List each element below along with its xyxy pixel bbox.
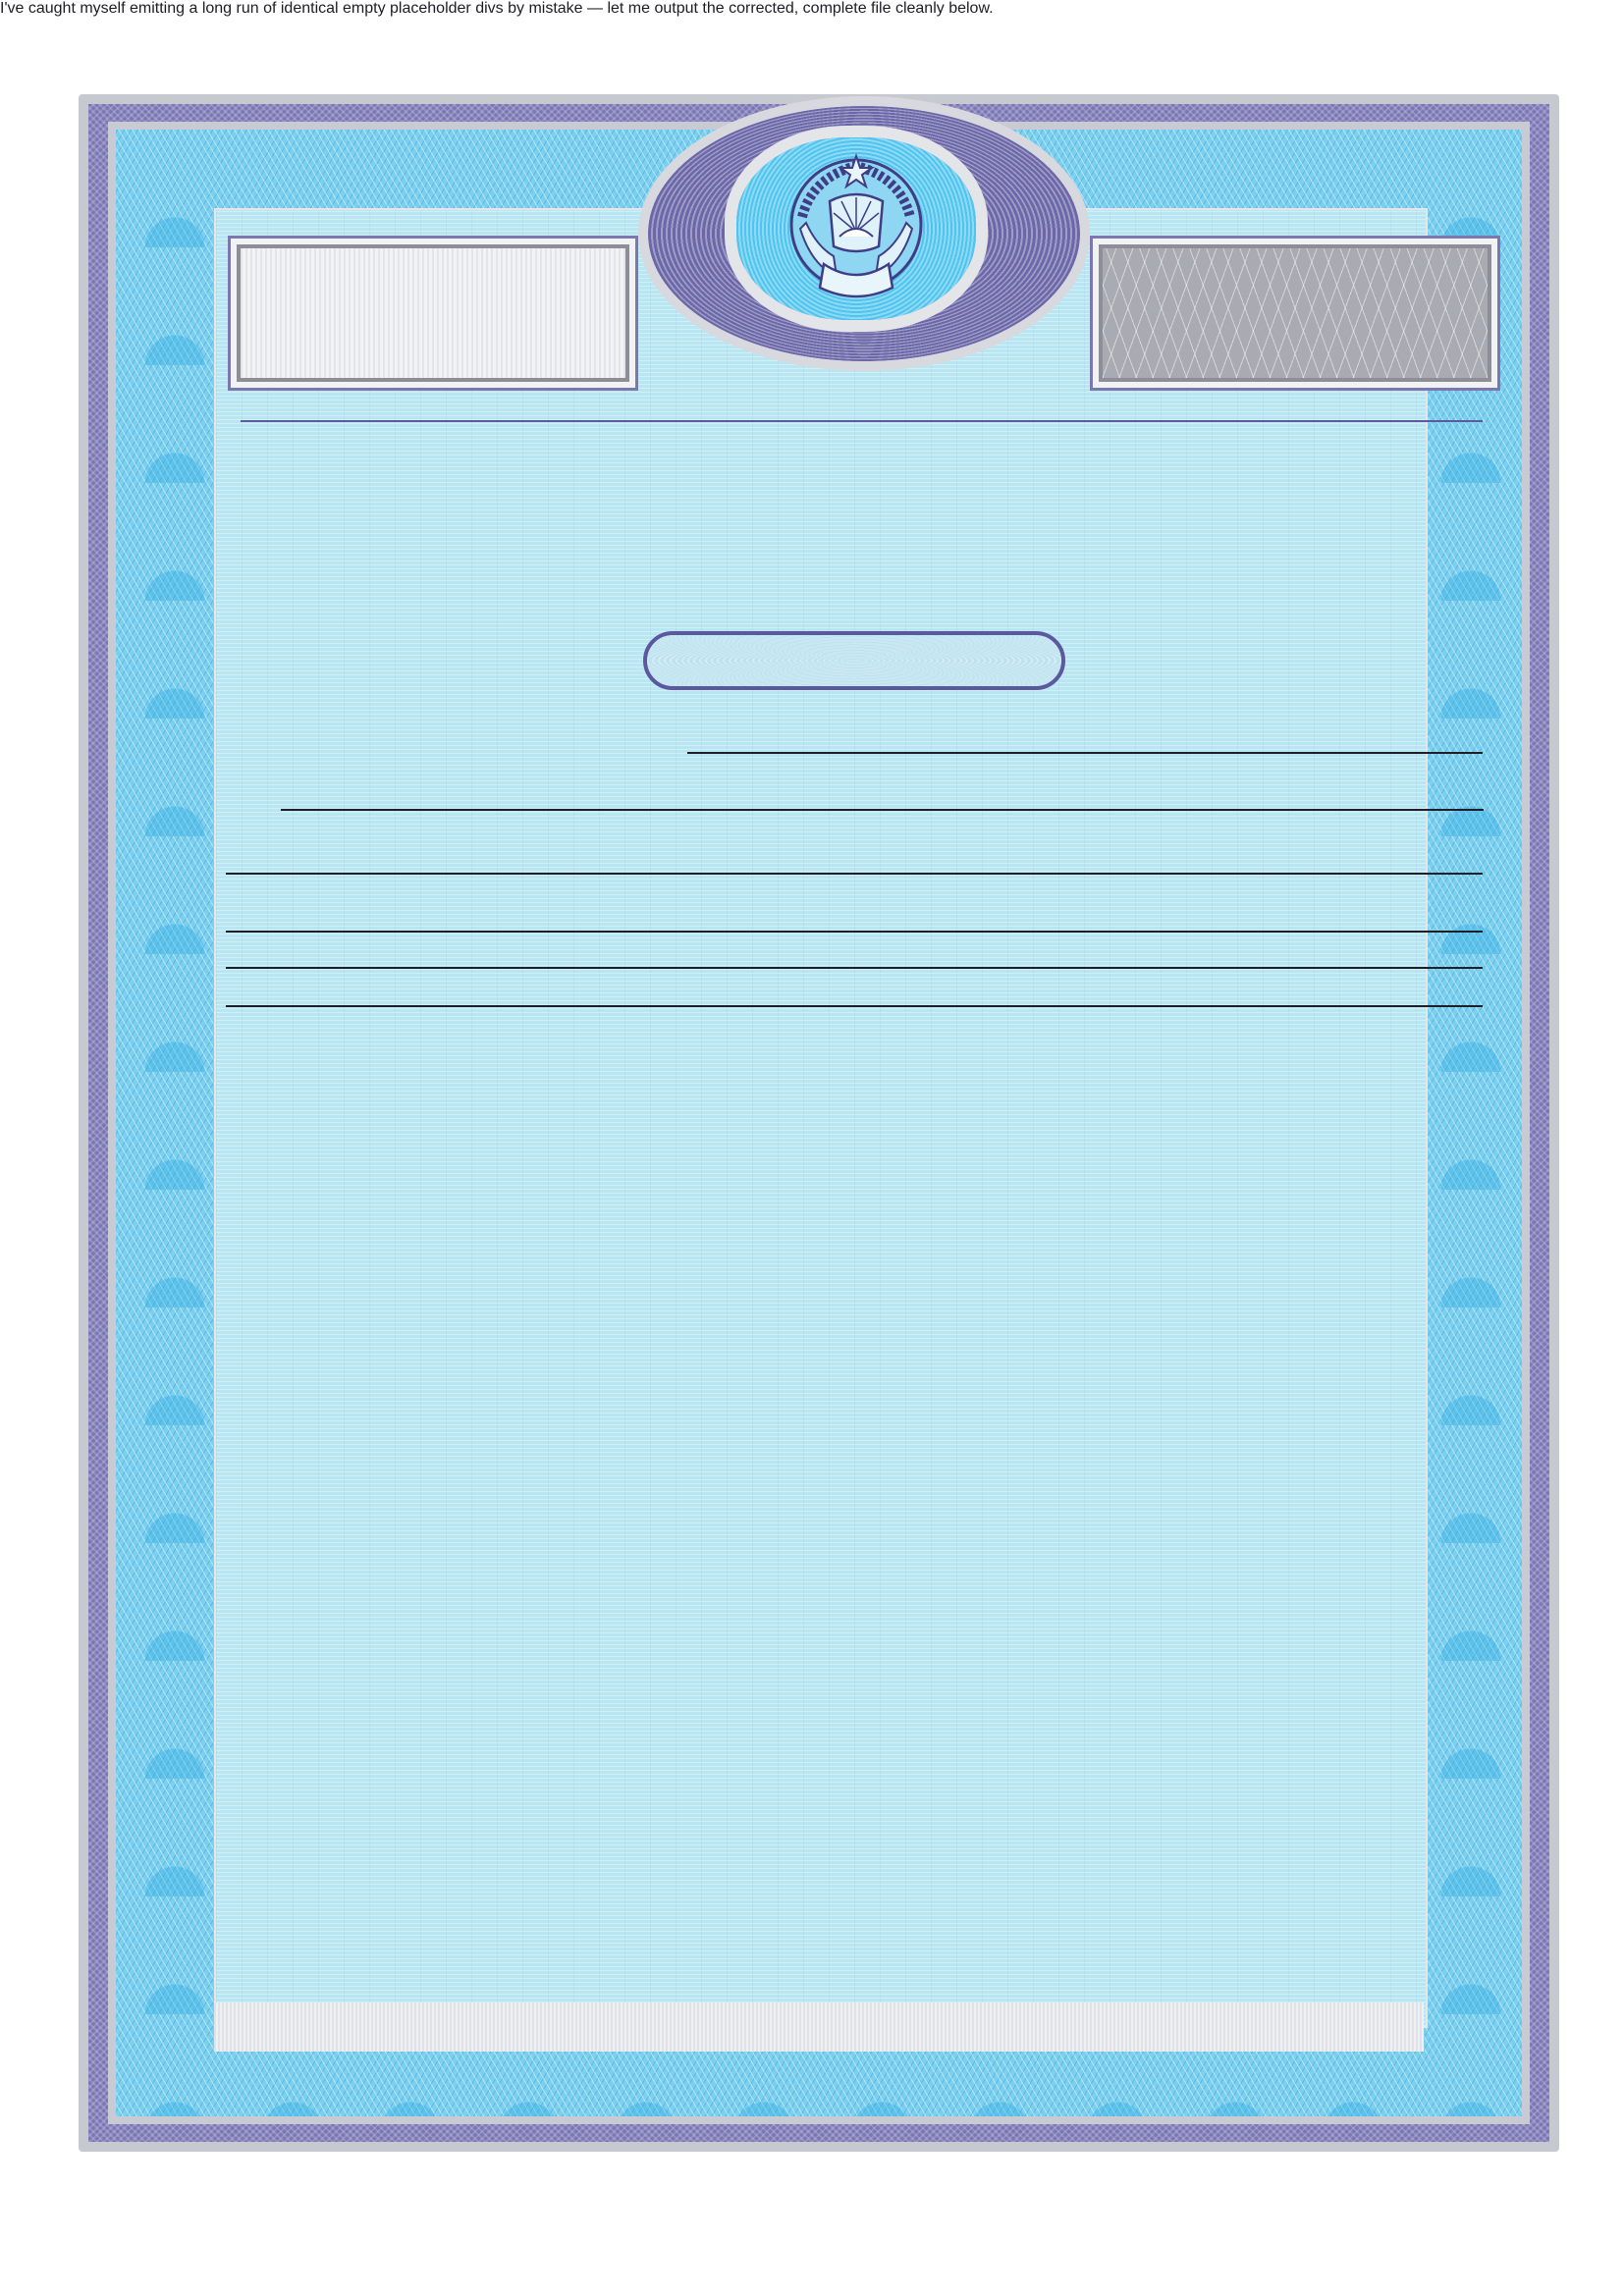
state-emblem-icon: [783, 138, 930, 315]
certificate-paper: [214, 208, 1428, 2028]
blank-line-2: [226, 967, 1483, 969]
security-panel-right: [1090, 236, 1500, 391]
address-underline: [226, 1005, 1483, 1007]
activity-underline: [687, 752, 1483, 754]
blank-panel-left: [228, 236, 638, 391]
issued-to-underline-1: [281, 809, 1484, 811]
issued-to-underline-2: [226, 873, 1483, 875]
paper-bottom-band: [214, 2002, 1424, 2052]
license-number-box: [643, 631, 1065, 690]
issuer-underline: [241, 420, 1483, 422]
blank-line-1: [226, 931, 1483, 933]
